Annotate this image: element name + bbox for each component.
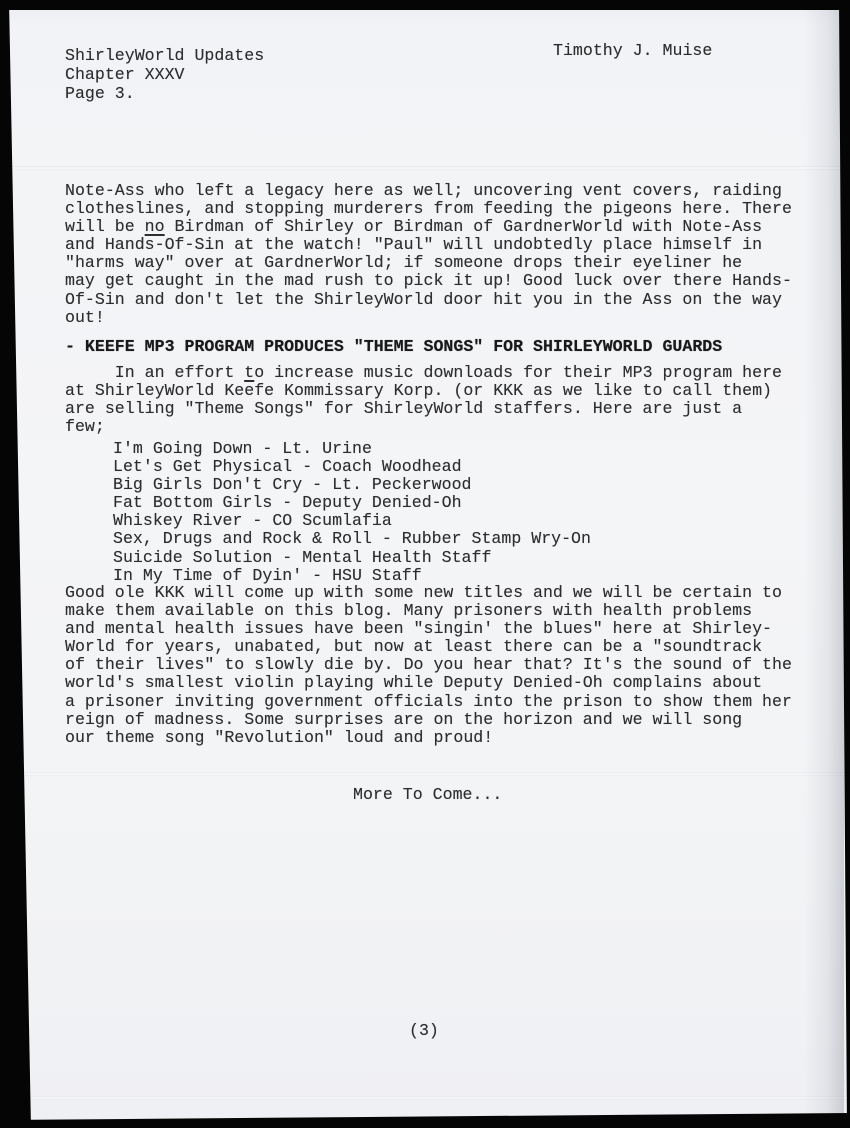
text-line: at ShirleyWorld Keefe Kommissary Korp. (… bbox=[65, 382, 782, 400]
paper-sheet: ShirleyWorld UpdatesChapter XXXVPage 3. … bbox=[0, 0, 850, 1128]
text-line: world's smallest violin playing while De… bbox=[65, 674, 792, 692]
fold-crease-bottom bbox=[0, 772, 850, 776]
text-line: Sex, Drugs and Rock & Roll - Rubber Stam… bbox=[113, 530, 591, 548]
text-line: clotheslines, and stopping murderers fro… bbox=[65, 200, 792, 218]
paper-edge-line bbox=[0, 1096, 850, 1100]
text-line: Of-Sin and don't let the ShirleyWorld do… bbox=[65, 291, 792, 309]
intro-paragraph: Note-Ass who left a legacy here as well;… bbox=[65, 182, 792, 327]
text-line: and Hands-Of-Sin at the watch! "Paul" wi… bbox=[65, 236, 792, 254]
text-segment: In an effort bbox=[65, 363, 244, 382]
more-to-come-note: More To Come... bbox=[353, 786, 502, 804]
text-segment: o increase music downloads for their MP3… bbox=[254, 363, 782, 382]
text-line: Big Girls Don't Cry - Lt. Peckerwood bbox=[113, 476, 591, 494]
text-line: reign of madness. Some surprises are on … bbox=[65, 711, 792, 729]
fold-crease-top bbox=[0, 166, 850, 170]
text-line: of their lives" to slowly die by. Do you… bbox=[65, 656, 792, 674]
underlined-text: no bbox=[145, 217, 165, 236]
text-line: make them available on this blog. Many p… bbox=[65, 602, 792, 620]
text-line: "harms way" over at GardnerWorld; if som… bbox=[65, 254, 792, 272]
text-line: a prisoner inviting government officials… bbox=[65, 693, 792, 711]
text-segment: will be bbox=[65, 217, 145, 236]
author-name: Timothy J. Muise bbox=[553, 42, 712, 60]
scan-right-shadow bbox=[804, 10, 844, 1114]
text-line: Page 3. bbox=[65, 84, 264, 103]
section-heading: - KEEFE MP3 PROGRAM PRODUCES "THEME SONG… bbox=[65, 338, 722, 356]
text-line: may get caught in the mad rush to pick i… bbox=[65, 272, 792, 290]
text-line: few; bbox=[65, 418, 782, 436]
text-line: Fat Bottom Girls - Deputy Denied-Oh bbox=[113, 494, 591, 512]
scan-border-top bbox=[0, 0, 850, 10]
page-header-block: ShirleyWorld UpdatesChapter XXXVPage 3. bbox=[65, 46, 264, 103]
text-line: Let's Get Physical - Coach Woodhead bbox=[113, 458, 591, 476]
text-line: Chapter XXXV bbox=[65, 65, 264, 84]
page-number: (3) bbox=[409, 1022, 439, 1040]
text-line: are selling "Theme Songs" for ShirleyWor… bbox=[65, 400, 782, 418]
text-line: Suicide Solution - Mental Health Staff bbox=[113, 549, 591, 567]
text-line: ShirleyWorld Updates bbox=[65, 46, 264, 65]
text-line: our theme song "Revolution" loud and pro… bbox=[65, 729, 792, 747]
theme-song-list: I'm Going Down - Lt. UrineLet's Get Phys… bbox=[113, 440, 591, 585]
text-line: In an effort to increase music downloads… bbox=[65, 364, 782, 382]
text-line: Note-Ass who left a legacy here as well;… bbox=[65, 182, 792, 200]
text-line: World for years, unabated, but now at le… bbox=[65, 638, 792, 656]
underlined-text: t bbox=[244, 363, 254, 382]
text-line: will be no Birdman of Shirley or Birdman… bbox=[65, 218, 792, 236]
text-line: I'm Going Down - Lt. Urine bbox=[113, 440, 591, 458]
closing-paragraph: Good ole KKK will come up with some new … bbox=[65, 584, 792, 747]
text-line: Good ole KKK will come up with some new … bbox=[65, 584, 792, 602]
text-line: and mental health issues have been "sing… bbox=[65, 620, 792, 638]
text-line: out! bbox=[65, 309, 792, 327]
scanned-document-page: ShirleyWorld UpdatesChapter XXXVPage 3. … bbox=[0, 0, 850, 1128]
mp3-program-paragraph: In an effort to increase music downloads… bbox=[65, 364, 782, 436]
text-line: Whiskey River - CO Scumlafia bbox=[113, 512, 591, 530]
text-segment: Birdman of Shirley or Birdman of Gardner… bbox=[165, 217, 762, 236]
